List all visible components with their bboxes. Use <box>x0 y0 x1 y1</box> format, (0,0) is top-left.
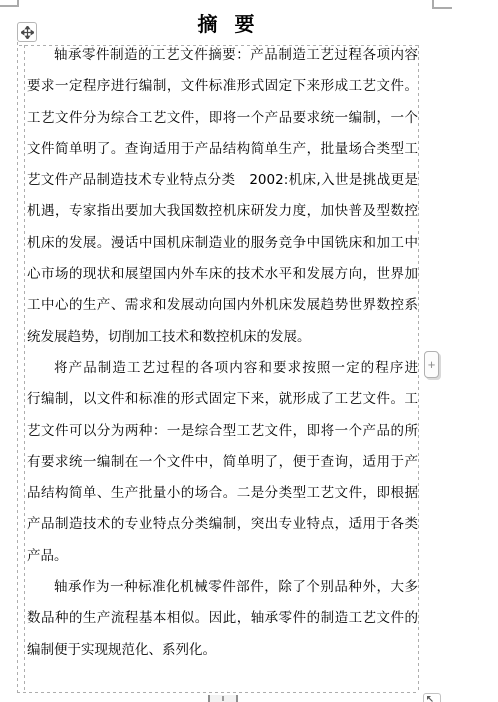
text-line: 编制便于实现规范化、系列化。 <box>27 635 418 666</box>
text-line: 品结构简单、生产批量小的场合。二是分类型工艺文件，即根据 <box>27 478 418 509</box>
text-line: 数品种的生产流程基本相似。因此，轴承零件的制造工艺文件的 <box>27 603 418 634</box>
frame-boundary-left[interactable] <box>17 42 18 692</box>
insert-plus-button[interactable]: + <box>424 351 439 378</box>
text-line: 产品制造技术的专业特点分类编制，突出专业特点，适用于各类 <box>27 509 418 540</box>
top-right-bracket <box>432 0 452 9</box>
text-line: 有要求统一编制在一个文件中，简单明了，便于查询，适用于产 <box>27 447 418 478</box>
text-line: 工艺文件分为综合工艺文件，即将一个产品要求统一编制，一个 <box>27 103 418 134</box>
text-line: 工中心的生产、需求和发展动向国内外机床发展趋势世界数控系 <box>27 290 418 321</box>
text-line: 轴承作为一种标准化机械零件部件，除了个别品种外，大多 <box>27 572 418 603</box>
text-boundary-bottom <box>17 692 419 693</box>
page-title: 摘 要 <box>31 8 422 37</box>
text-line: 艺文件可以分为两种：一是综合型工艺文件，即将一个产品的所 <box>27 416 418 447</box>
text-line: 机床的发展。漫话中国机床制造业的服务竞争中国铣床和加工中 <box>27 228 418 259</box>
text-line: 将产品制造工艺过程的各项内容和要求按照一定的程序进 <box>27 353 418 384</box>
bottom-right-marker-button[interactable] <box>423 693 441 702</box>
abstract-body[interactable]: 轴承零件制造的工艺文件摘要：产品制造工艺过程各项内容要求一定程序进行编制，文件标… <box>27 40 418 666</box>
horizontal-scrollbar-stub[interactable] <box>208 695 238 702</box>
frame-move-handle[interactable] <box>17 22 37 42</box>
text-line: 要求一定程序进行编制，文件标准形式固定下来形成工艺文件。 <box>27 71 418 102</box>
text-line: 统发展趋势，切削加工技术和数控机床的发展。 <box>27 322 418 353</box>
text-boundary-right <box>418 45 419 692</box>
text-boundary-left <box>24 45 25 692</box>
text-line: 产品。 <box>27 541 418 572</box>
scrollbar-tick <box>222 696 224 701</box>
text-line: 轴承零件制造的工艺文件摘要：产品制造工艺过程各项内容 <box>27 40 418 71</box>
text-line: 心市场的现状和展望国内外车床的技术水平和发展方向，世界加 <box>27 259 418 290</box>
text-line: 文件简单明了。查询适用于产品结构简单生产，批量场合类型工 <box>27 134 418 165</box>
text-line: 机遇，专家指出要加大我国数控机床研发力度，加快普及型数控 <box>27 196 418 227</box>
move-icon <box>21 26 34 39</box>
text-line: 行编制，以文件和标准的形式固定下来，就形成了工艺文件。工 <box>27 384 418 415</box>
document-page: 摘 要 轴承零件制造的工艺文件摘要：产品制造工艺过程各项内容要求一定程序进行编制… <box>0 0 498 702</box>
text-line: 艺文件产品制造技术专业特点分类 2002:机床,入世是挑战更是 <box>27 165 418 196</box>
top-left-bracket <box>0 0 19 7</box>
